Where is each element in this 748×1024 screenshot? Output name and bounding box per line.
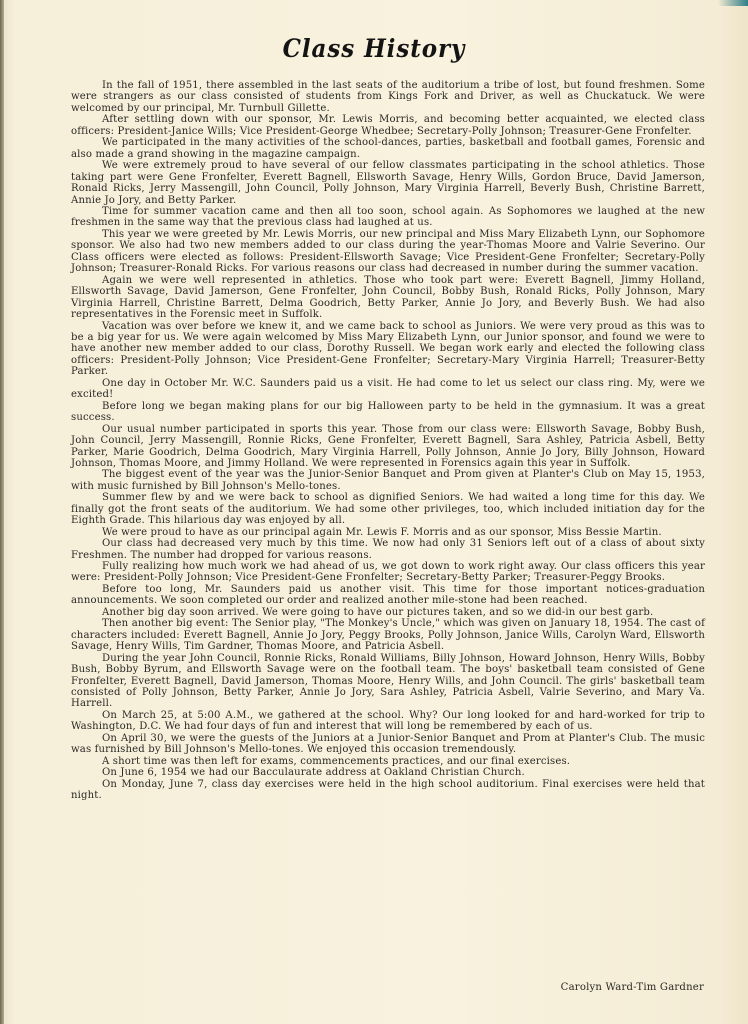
paragraph: Time for summer vacation came and then a… (71, 206, 705, 229)
author-signature: Carolyn Ward-Tim Gardner (561, 982, 704, 993)
paragraph: During the year John Council, Ronnie Ric… (71, 653, 705, 710)
paragraph: Before long we began making plans for ou… (71, 401, 705, 424)
paragraph: Before too long, Mr. Saunders paid us an… (71, 584, 705, 607)
paragraph: We were extremely proud to have several … (71, 160, 705, 206)
paragraph: A short time was then left for exams, co… (71, 756, 705, 767)
yearbook-page: Class History In the fall of 1951, there… (0, 0, 748, 1024)
paragraph: This year we were greeted by Mr. Lewis M… (71, 229, 705, 275)
page-corner-accent (718, 0, 748, 6)
paragraph: On March 25, at 5:00 A.M., we gathered a… (71, 710, 705, 733)
paragraph: On June 6, 1954 we had our Bacculaurate … (71, 767, 705, 778)
page-binding-edge (0, 0, 4, 1024)
paragraph: We participated in the many activities o… (71, 137, 705, 160)
paragraph: Vacation was over before we knew it, and… (71, 321, 705, 378)
paragraph: One day in October Mr. W.C. Saunders pai… (71, 378, 705, 401)
paragraph: The biggest event of the year was the Ju… (71, 469, 705, 492)
paragraph: Fully realizing how much work we had ahe… (71, 561, 705, 584)
page-title: Class History (30, 34, 718, 63)
paragraph: On Monday, June 7, class day exercises w… (71, 779, 705, 802)
paragraph: Summer flew by and we were back to schoo… (71, 492, 705, 526)
paragraph: Our usual number participated in sports … (71, 424, 705, 470)
paragraph: Again we were well represented in athlet… (71, 275, 705, 321)
class-history-body: In the fall of 1951, there assembled in … (71, 80, 705, 802)
paragraph: In the fall of 1951, there assembled in … (71, 80, 705, 114)
paragraph: Then another big event: The Senior play,… (71, 618, 705, 652)
paragraph: On April 30, we were the guests of the J… (71, 733, 705, 756)
paragraph: We were proud to have as our principal a… (71, 527, 705, 538)
paragraph: Another big day soon arrived. We were go… (71, 607, 705, 618)
paragraph: After settling down with our sponsor, Mr… (71, 114, 705, 137)
paragraph: Our class had decreased very much by thi… (71, 538, 705, 561)
